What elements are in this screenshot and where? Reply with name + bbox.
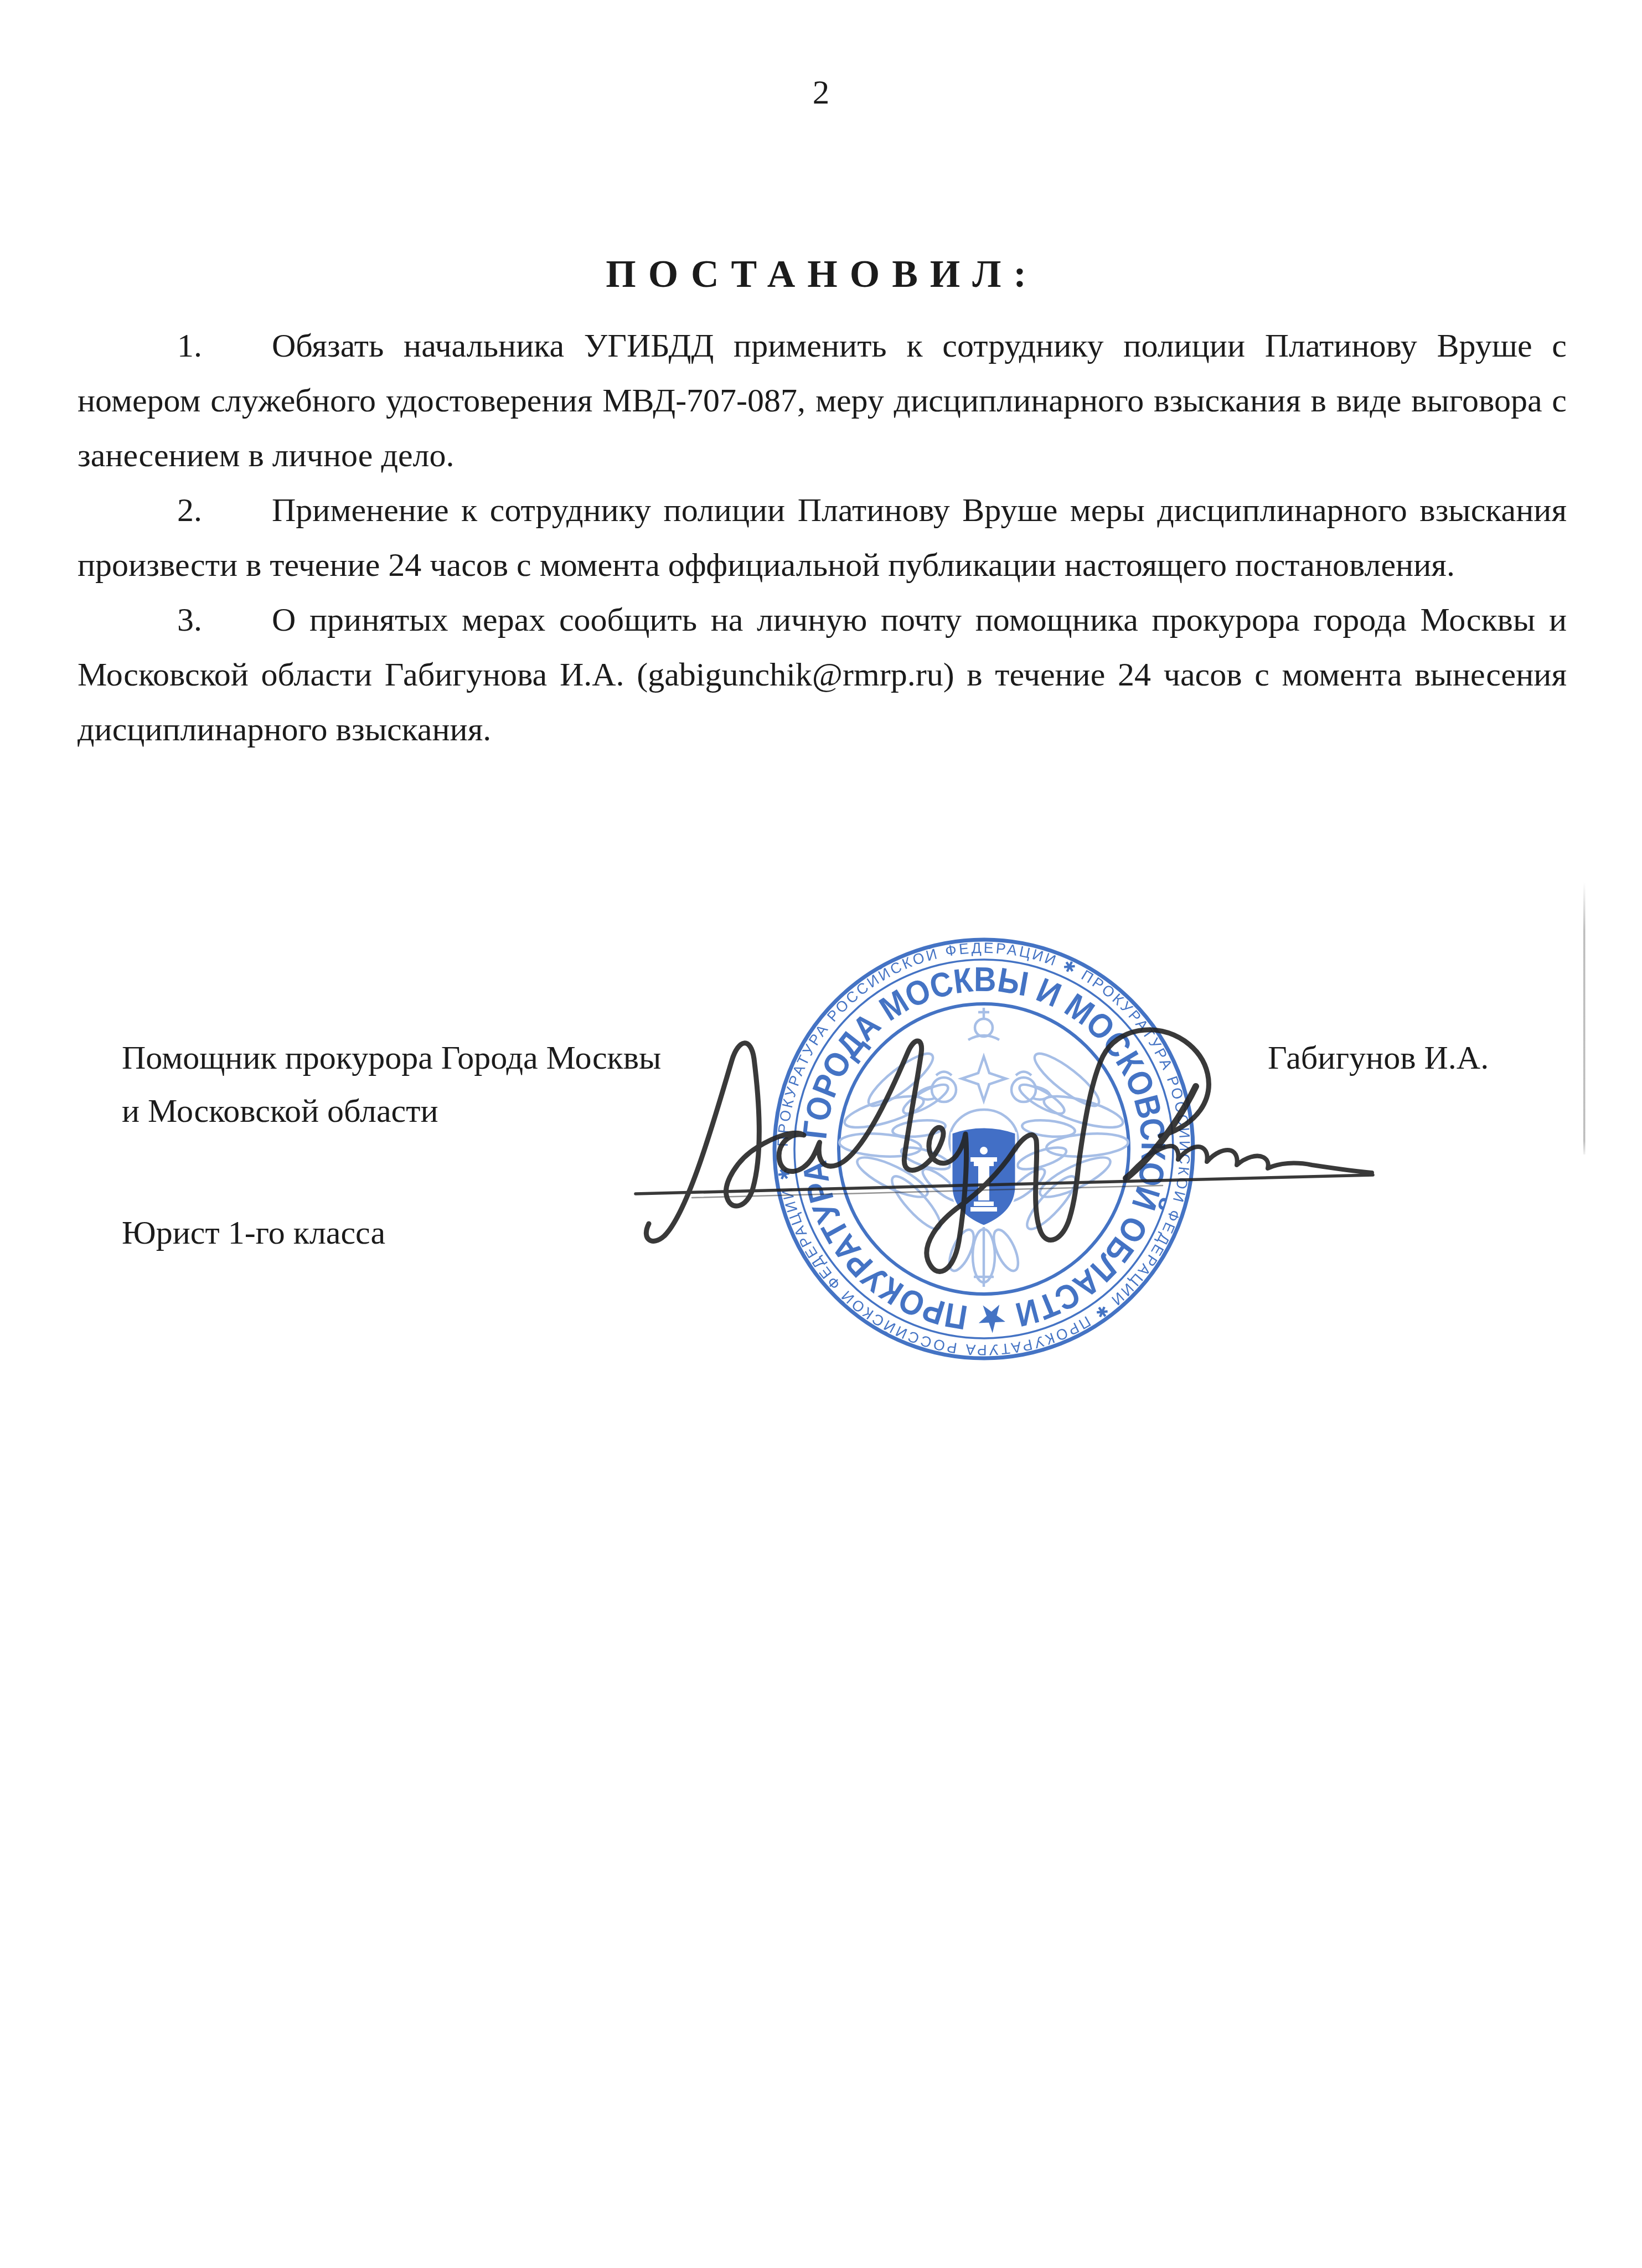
page-number: 2 (0, 65, 1642, 120)
item-number: 2. (177, 492, 202, 528)
decree-item-3: 3.О принятых мерах сообщить на личную по… (78, 592, 1567, 757)
item-text: Применение к сотруднику полиции Платинов… (78, 492, 1567, 583)
item-number: 1. (177, 327, 202, 364)
decree-heading: ПОСТАНОВИЛ: (78, 247, 1567, 302)
decree-item-1: 1.Обязать начальника УГИБДД применить к … (78, 318, 1567, 483)
item-text: Обязать начальника УГИБДД применить к со… (78, 327, 1567, 473)
stamp-shield-icon (952, 1127, 1016, 1226)
item-number: 3. (177, 601, 202, 638)
signature-scribble (636, 1030, 1373, 1272)
official-stamp-icon: ПРОКУРАТУРА РОССИЙСКОЙ ФЕДЕРАЦИИ ✱ ПРОКУ… (774, 940, 1194, 1358)
item-text: О принятых мерах сообщить на личную почт… (78, 601, 1567, 748)
stamp-main-ring-text: ГОРОДА МОСКВЫ И МОСКОВСКОЙ ОБЛАСТИ ★ ПРО… (796, 961, 1172, 1338)
stamp-outer-ring-text: ПРОКУРАТУРА РОССИЙСКОЙ ФЕДЕРАЦИИ ✱ ПРОКУ… (774, 940, 1194, 1358)
stamp-inner-ring (839, 1004, 1129, 1294)
decree-body: 1.Обязать начальника УГИБДД применить к … (78, 318, 1567, 757)
double-headed-eagle-emblem-icon (839, 1008, 1129, 1287)
page-edge-line (1583, 882, 1586, 1154)
signer-position-line1: Помощник прокурора Города Москвы (122, 1031, 661, 1084)
stamp-outer-ring (774, 940, 1193, 1358)
signer-name: Габигунов И.А. (1268, 1031, 1489, 1084)
signer-position-line2: и Московской области (122, 1084, 661, 1137)
signer-position: Помощник прокурора Города Москвы и Моско… (122, 1031, 661, 1137)
decree-item-2: 2.Применение к сотруднику полиции Платин… (78, 483, 1567, 592)
document-page: 2 ПОСТАНОВИЛ: 1.Обязать начальника УГИБД… (0, 0, 1642, 2268)
stamp-mid-ring (794, 960, 1173, 1338)
signer-rank: Юрист 1-го класса (122, 1206, 385, 1259)
